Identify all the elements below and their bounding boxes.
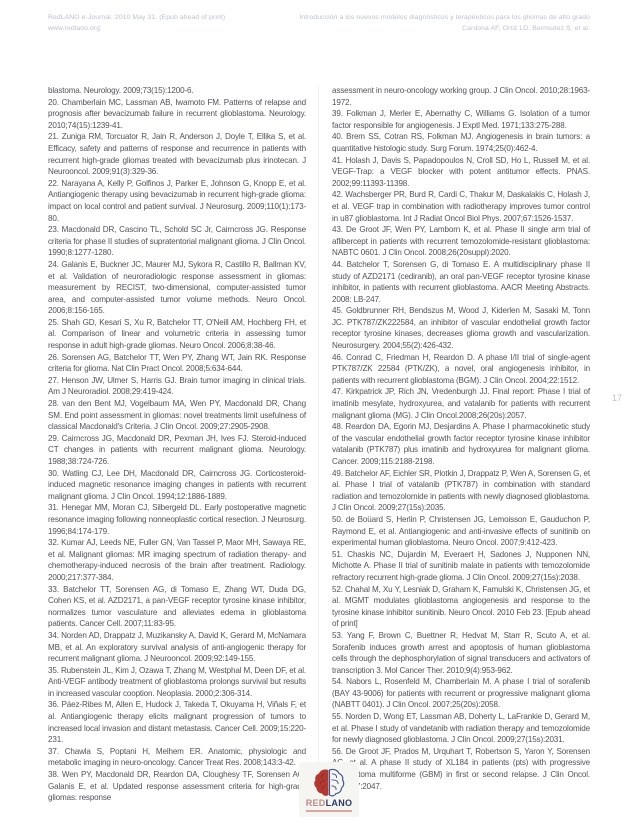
reference-item: 30. Watling CJ, Lee DH, Macdonald DR, Ca… — [48, 468, 306, 503]
reference-item: 56. De Groot JF, Prados M, Urquhart T, R… — [332, 746, 590, 792]
reference-item: 38. Wen PY, Macdonald DR, Reardon DA, Cl… — [48, 769, 306, 804]
reference-item: 49. Batchelor AF, Eichler SR, Plotkin J,… — [332, 468, 590, 514]
reference-item: 26. Sorensen AG, Batchelor TT, Wen PY, Z… — [48, 352, 306, 375]
references-column-left: blastoma. Neurology. 2009;73(15):1200-6.… — [48, 85, 306, 804]
reference-item: 36. Páez-Ribes M, Allen E, Hudock J, Tak… — [48, 699, 306, 745]
reference-item: 54. Nabors L, Rosenfeld M, Chamberlain M… — [332, 676, 590, 711]
reference-item: 27. Henson JW, Ulmer S, Harris GJ. Brain… — [48, 375, 306, 398]
page-header: RedLANO e-Journal. 2010 May 31. (Epub ah… — [48, 13, 590, 34]
reference-item: 43. De Groot JF, Wen PY, Lamborn K, et a… — [332, 224, 590, 259]
reference-item: 47. Kirkpatrick JP, Rich JN, Vredenburgh… — [332, 386, 590, 421]
logo-text-lano: LANO — [326, 798, 353, 808]
reference-item: 42. Wachsberger PR, Burd R, Cardi C, Tha… — [332, 189, 590, 224]
reference-item: 23. Macdonald DR, Cascino TL, Schold SC … — [48, 224, 306, 259]
references-section: blastoma. Neurology. 2009;73(15):1200-6.… — [48, 85, 590, 804]
page-number: 17 — [612, 393, 622, 403]
reference-item: 34. Norden AD, Drappatz J, Muzikansky A,… — [48, 630, 306, 665]
reference-item: 20. Chamberlain MC, Lassman AB, Iwamoto … — [48, 97, 306, 132]
reference-item: 53. Yang F, Brown C, Buettner R, Hedvat … — [332, 630, 590, 676]
reference-item: blastoma. Neurology. 2009;73(15):1200-6. — [48, 85, 306, 97]
reference-item: 29. Cairncross JG, Macdonald DR, Pexman … — [48, 433, 306, 468]
reference-item: 46. Conrad C, Friedman H, Reardon D. A p… — [332, 352, 590, 387]
journal-citation: RedLANO e-Journal. 2010 May 31. (Epub ah… — [48, 13, 225, 24]
reference-item: 21. Zuniga RM, Torcuator R, Jain R, Ande… — [48, 131, 306, 177]
reference-item: 24. Galanis E, Buckner JC, Maurer MJ, Sy… — [48, 259, 306, 317]
journal-url: www.redlano.org — [48, 24, 225, 35]
references-column-right: assessment in neuro-oncology working gro… — [332, 85, 590, 804]
reference-item: 44. Batchelor T, Sorensen G, di Tomaso E… — [332, 259, 590, 305]
reference-item: 48. Reardon DA, Egorin MJ, Desjardins A.… — [332, 421, 590, 467]
reference-item: 28. van den Bent MJ, Vogelbaum MA, Wen P… — [48, 398, 306, 433]
reference-item: 45. Goldbrunner RH, Bendszus M, Wood J, … — [332, 305, 590, 351]
reference-item: 32. Kumar AJ, Leeds NE, Fuller GN, Van T… — [48, 537, 306, 583]
reference-item: 50. de Boüard S, Herlin P, Christensen J… — [332, 514, 590, 549]
reference-item: 55. Norden D, Wong ET, Lassman AB, Doher… — [332, 711, 590, 746]
reference-item: 25. Shah GD, Kesari S, Xu R, Batchelor T… — [48, 317, 306, 352]
redlano-logo: REDLANO — [299, 762, 359, 817]
reference-item: 40. Brem SS, Cotran RS, Folkman MJ. Angi… — [332, 131, 590, 154]
article-authors: Cardona AF, Ortiz LD, Bermúdez S, et al. — [299, 24, 590, 35]
reference-item: 33. Batchelor TT, Sorensen AG, di Tomaso… — [48, 584, 306, 630]
reference-item: 22. Narayana A, Kelly P, Golfinos J, Par… — [48, 178, 306, 224]
reference-item: 37. Chawla S, Poptani H, Melhem ER. Anat… — [48, 746, 306, 769]
logo-tagline-bar — [306, 810, 352, 812]
brain-icon — [313, 768, 345, 798]
journal-page: RedLANO e-Journal. 2010 May 31. (Epub ah… — [0, 0, 638, 826]
reference-item: assessment in neuro-oncology working gro… — [332, 85, 590, 108]
reference-item: 52. Chahal M, Xu Y, Lesniak D, Graham K,… — [332, 584, 590, 630]
article-title: Introducción a los nuevos modelos diagnó… — [299, 13, 590, 24]
header-article-info: Introducción a los nuevos modelos diagnó… — [299, 13, 590, 34]
logo-wordmark: REDLANO — [306, 799, 353, 808]
logo-text-red: RED — [306, 798, 326, 808]
reference-item: 31. Henegar MM, Moran CJ, Silbergeld DL.… — [48, 502, 306, 537]
header-journal-info: RedLANO e-Journal. 2010 May 31. (Epub ah… — [48, 13, 225, 34]
reference-item: 35. Rubenstein JL, Kim J, Ozawa T, Zhang… — [48, 665, 306, 700]
reference-item: 51. Chaskis NC, Dujardin M, Everaert H, … — [332, 549, 590, 584]
reference-item: 41. Holash J, Davis S, Papadopoulos N, C… — [332, 155, 590, 190]
reference-item: 39. Folkman J, Merler E, Abernathy C, Wi… — [332, 108, 590, 131]
